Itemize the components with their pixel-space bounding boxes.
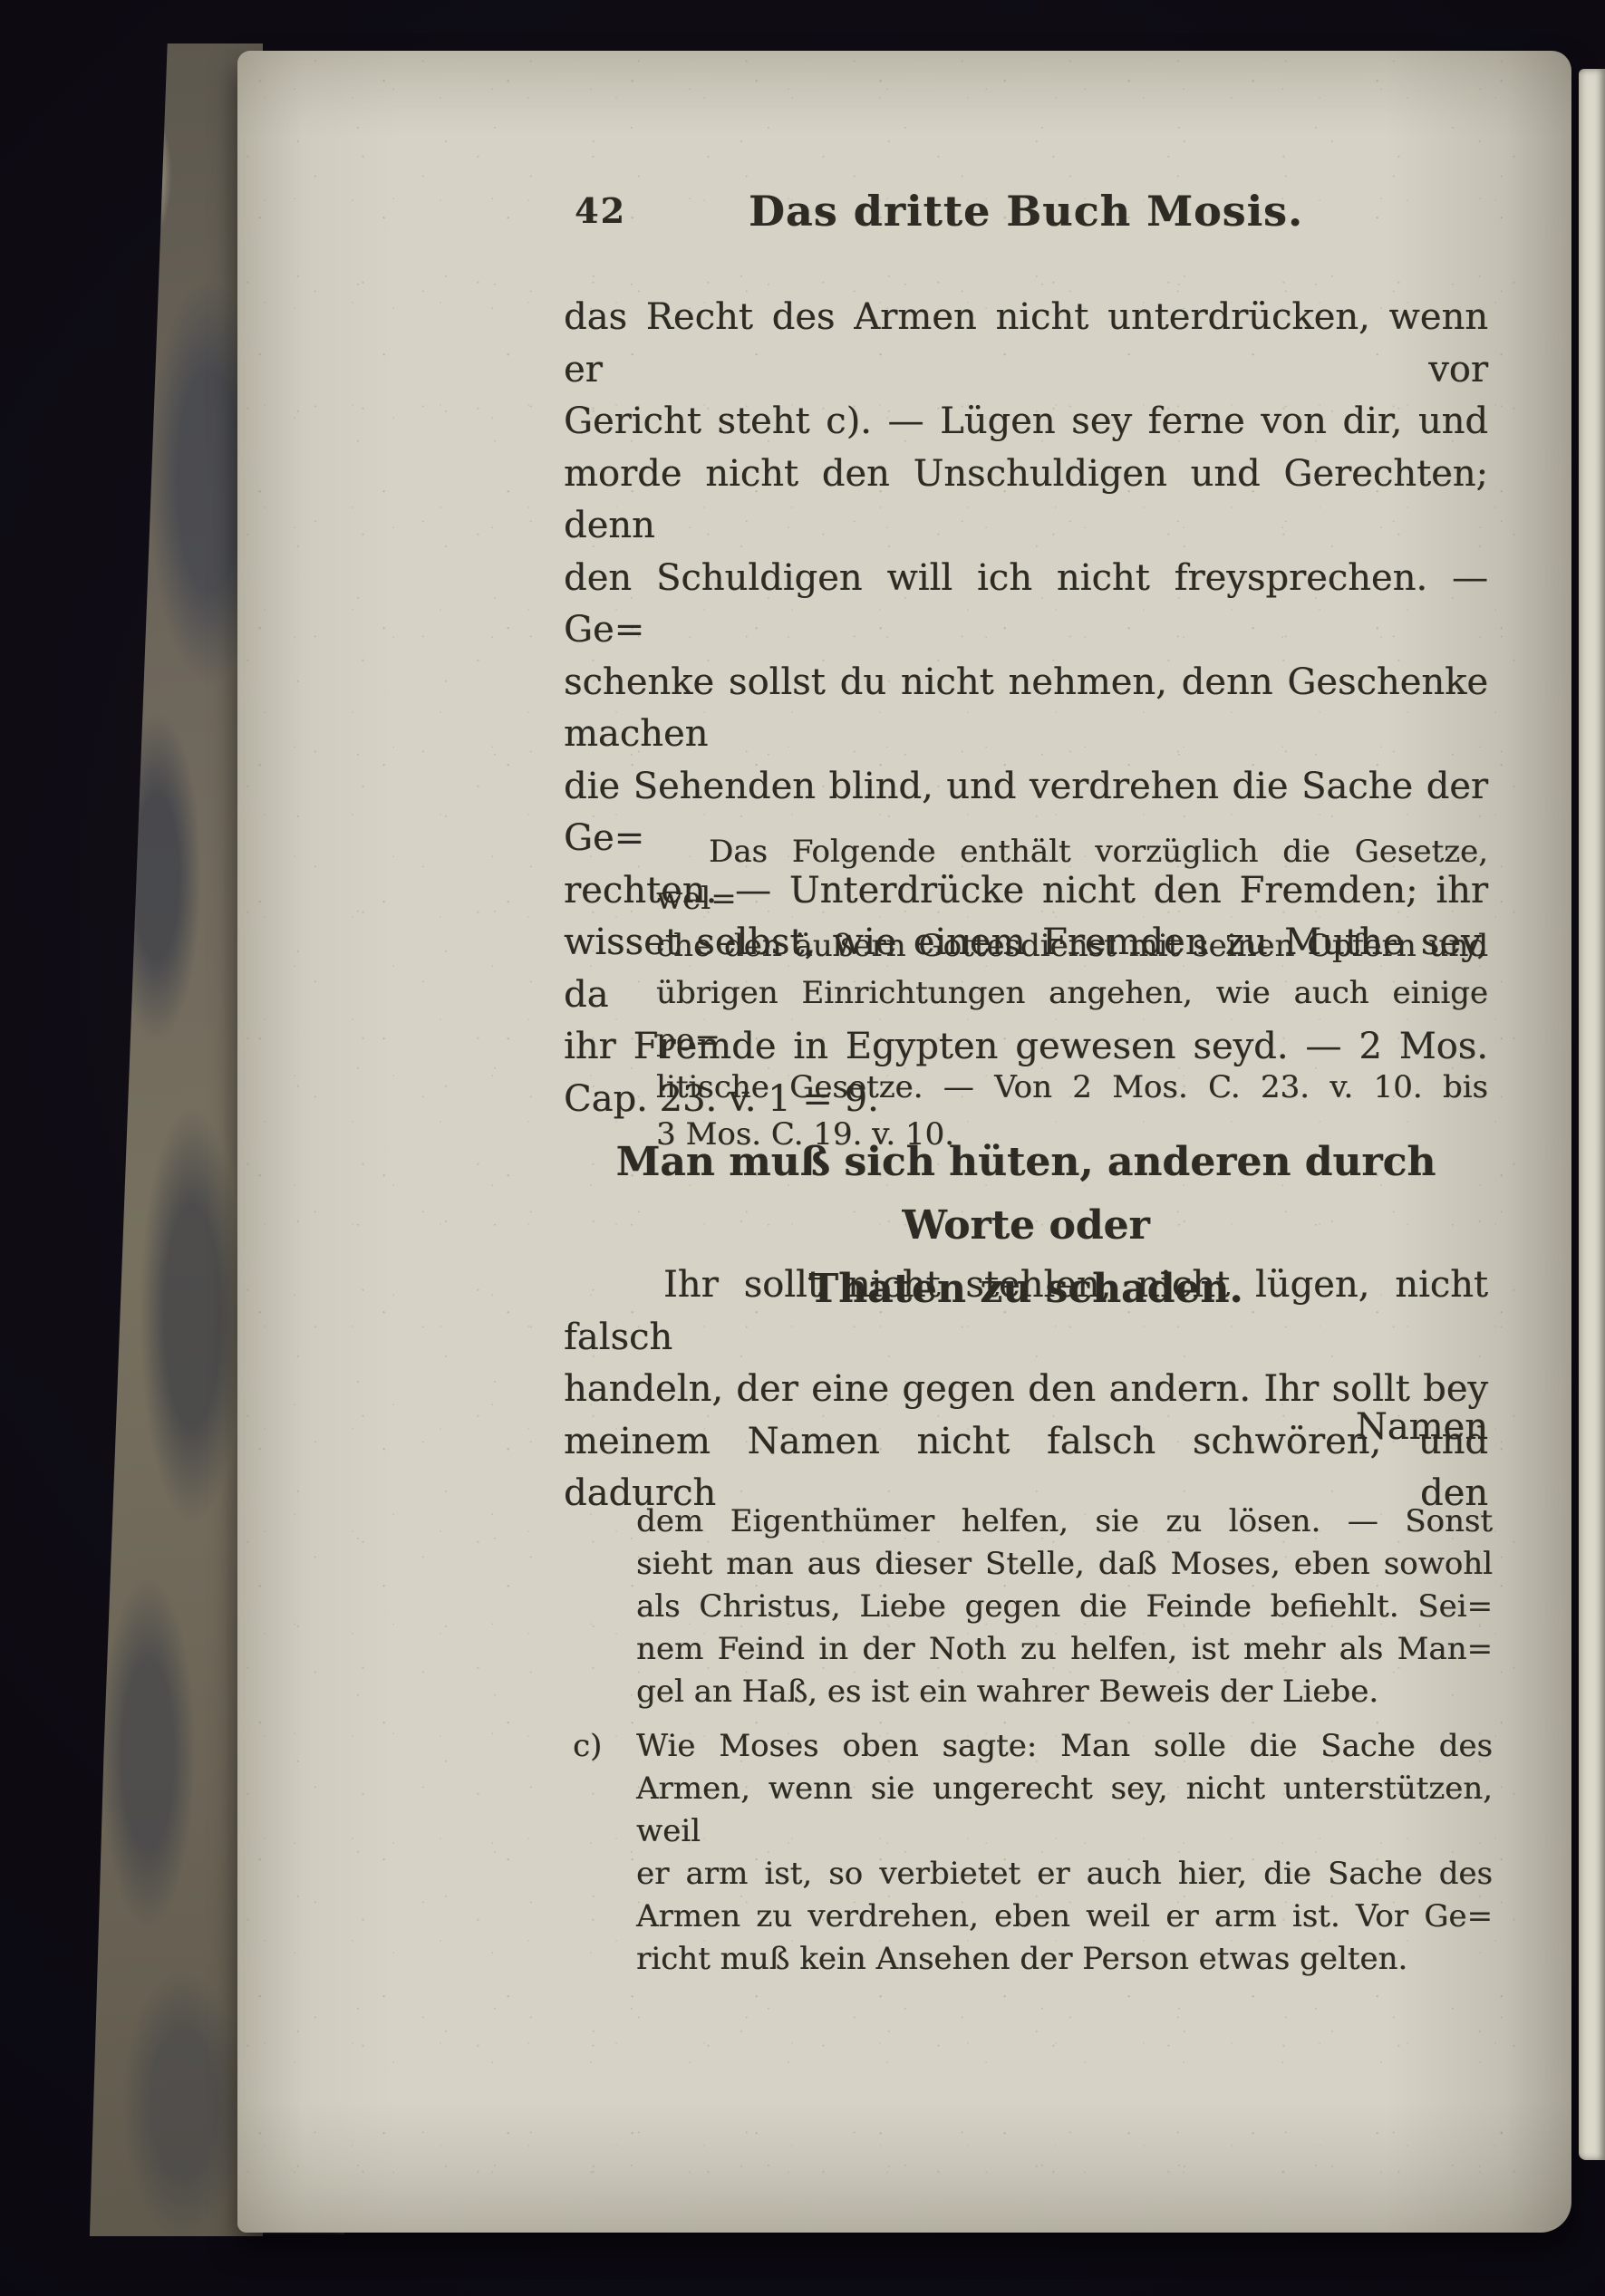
text-line: als Christus, Liebe gegen die Feinde bef…: [636, 1586, 1493, 1628]
text-line: das Recht des Armen nicht unterdrücken, …: [564, 292, 1488, 396]
text-line: schenke sollst du nicht nehmen, denn Ges…: [564, 657, 1488, 761]
page-header: 42 Das dritte Buch Mosis.: [564, 187, 1488, 250]
text-line: Ihr sollt nicht stehlen, nicht lügen, ni…: [564, 1259, 1488, 1364]
text-line: Armen zu verdrehen, eben weil er arm ist…: [636, 1896, 1493, 1938]
text-line: Wie Moses oben sagte: Man solle die Sach…: [636, 1725, 1493, 1768]
footnote-continuation: dem Eigenthümer helfen, sie zu lösen. — …: [636, 1500, 1493, 1713]
main-paragraph-2: Ihr sollt nicht stehlen, nicht lügen, ni…: [564, 1259, 1488, 1520]
text-line: sieht man aus dieser Stelle, daß Moses, …: [636, 1543, 1493, 1586]
next-page-edge-sliver: [1579, 69, 1605, 2160]
text-line: richt muß kein Ansehen der Person etwas …: [636, 1938, 1493, 1981]
text-line: morde nicht den Unschuldigen und Gerecht…: [564, 449, 1488, 553]
footnote-c-marker: c): [573, 1725, 602, 1768]
text-line: nem Feind in der Noth zu helfen, ist meh…: [636, 1628, 1493, 1671]
catchword: Namen: [564, 1406, 1488, 1448]
book-page: 42 Das dritte Buch Mosis. das Recht des …: [237, 51, 1571, 2233]
screenshot-root: { "colors":{ "background":"#0d0a12", "pa…: [0, 0, 1605, 2296]
text-line: che den äußern Gottesdienst mit seinen O…: [656, 922, 1488, 970]
text-line: er arm ist, so verbietet er auch hier, d…: [636, 1853, 1493, 1896]
text-line: übrigen Einrichtungen angehen, wie auch …: [656, 970, 1488, 1064]
text-line: litische Gesetze. — Von 2 Mos. C. 23. v.…: [656, 1064, 1488, 1111]
text-line: Das Folgende enthält vorzüglich die Gese…: [656, 828, 1488, 922]
text-line: gel an Haß, es ist ein wahrer Beweis der…: [636, 1671, 1493, 1713]
text-line: Gericht steht c). — Lügen sey ferne von …: [564, 396, 1488, 449]
text-line: den Schuldigen will ich nicht freysprech…: [564, 553, 1488, 657]
text-line: Armen, wenn sie ungerecht sey, nicht unt…: [636, 1768, 1493, 1853]
running-title: Das dritte Buch Mosis.: [564, 187, 1488, 236]
inset-summary-paragraph: Das Folgende enthält vorzüglich die Gese…: [656, 828, 1488, 1158]
section-heading-line: Man muß sich hüten, anderen durch Worte …: [564, 1131, 1488, 1258]
text-line: dem Eigenthümer helfen, sie zu lösen. — …: [636, 1500, 1493, 1543]
footnote-c: c) Wie Moses oben sagte: Man solle die S…: [636, 1725, 1493, 1981]
